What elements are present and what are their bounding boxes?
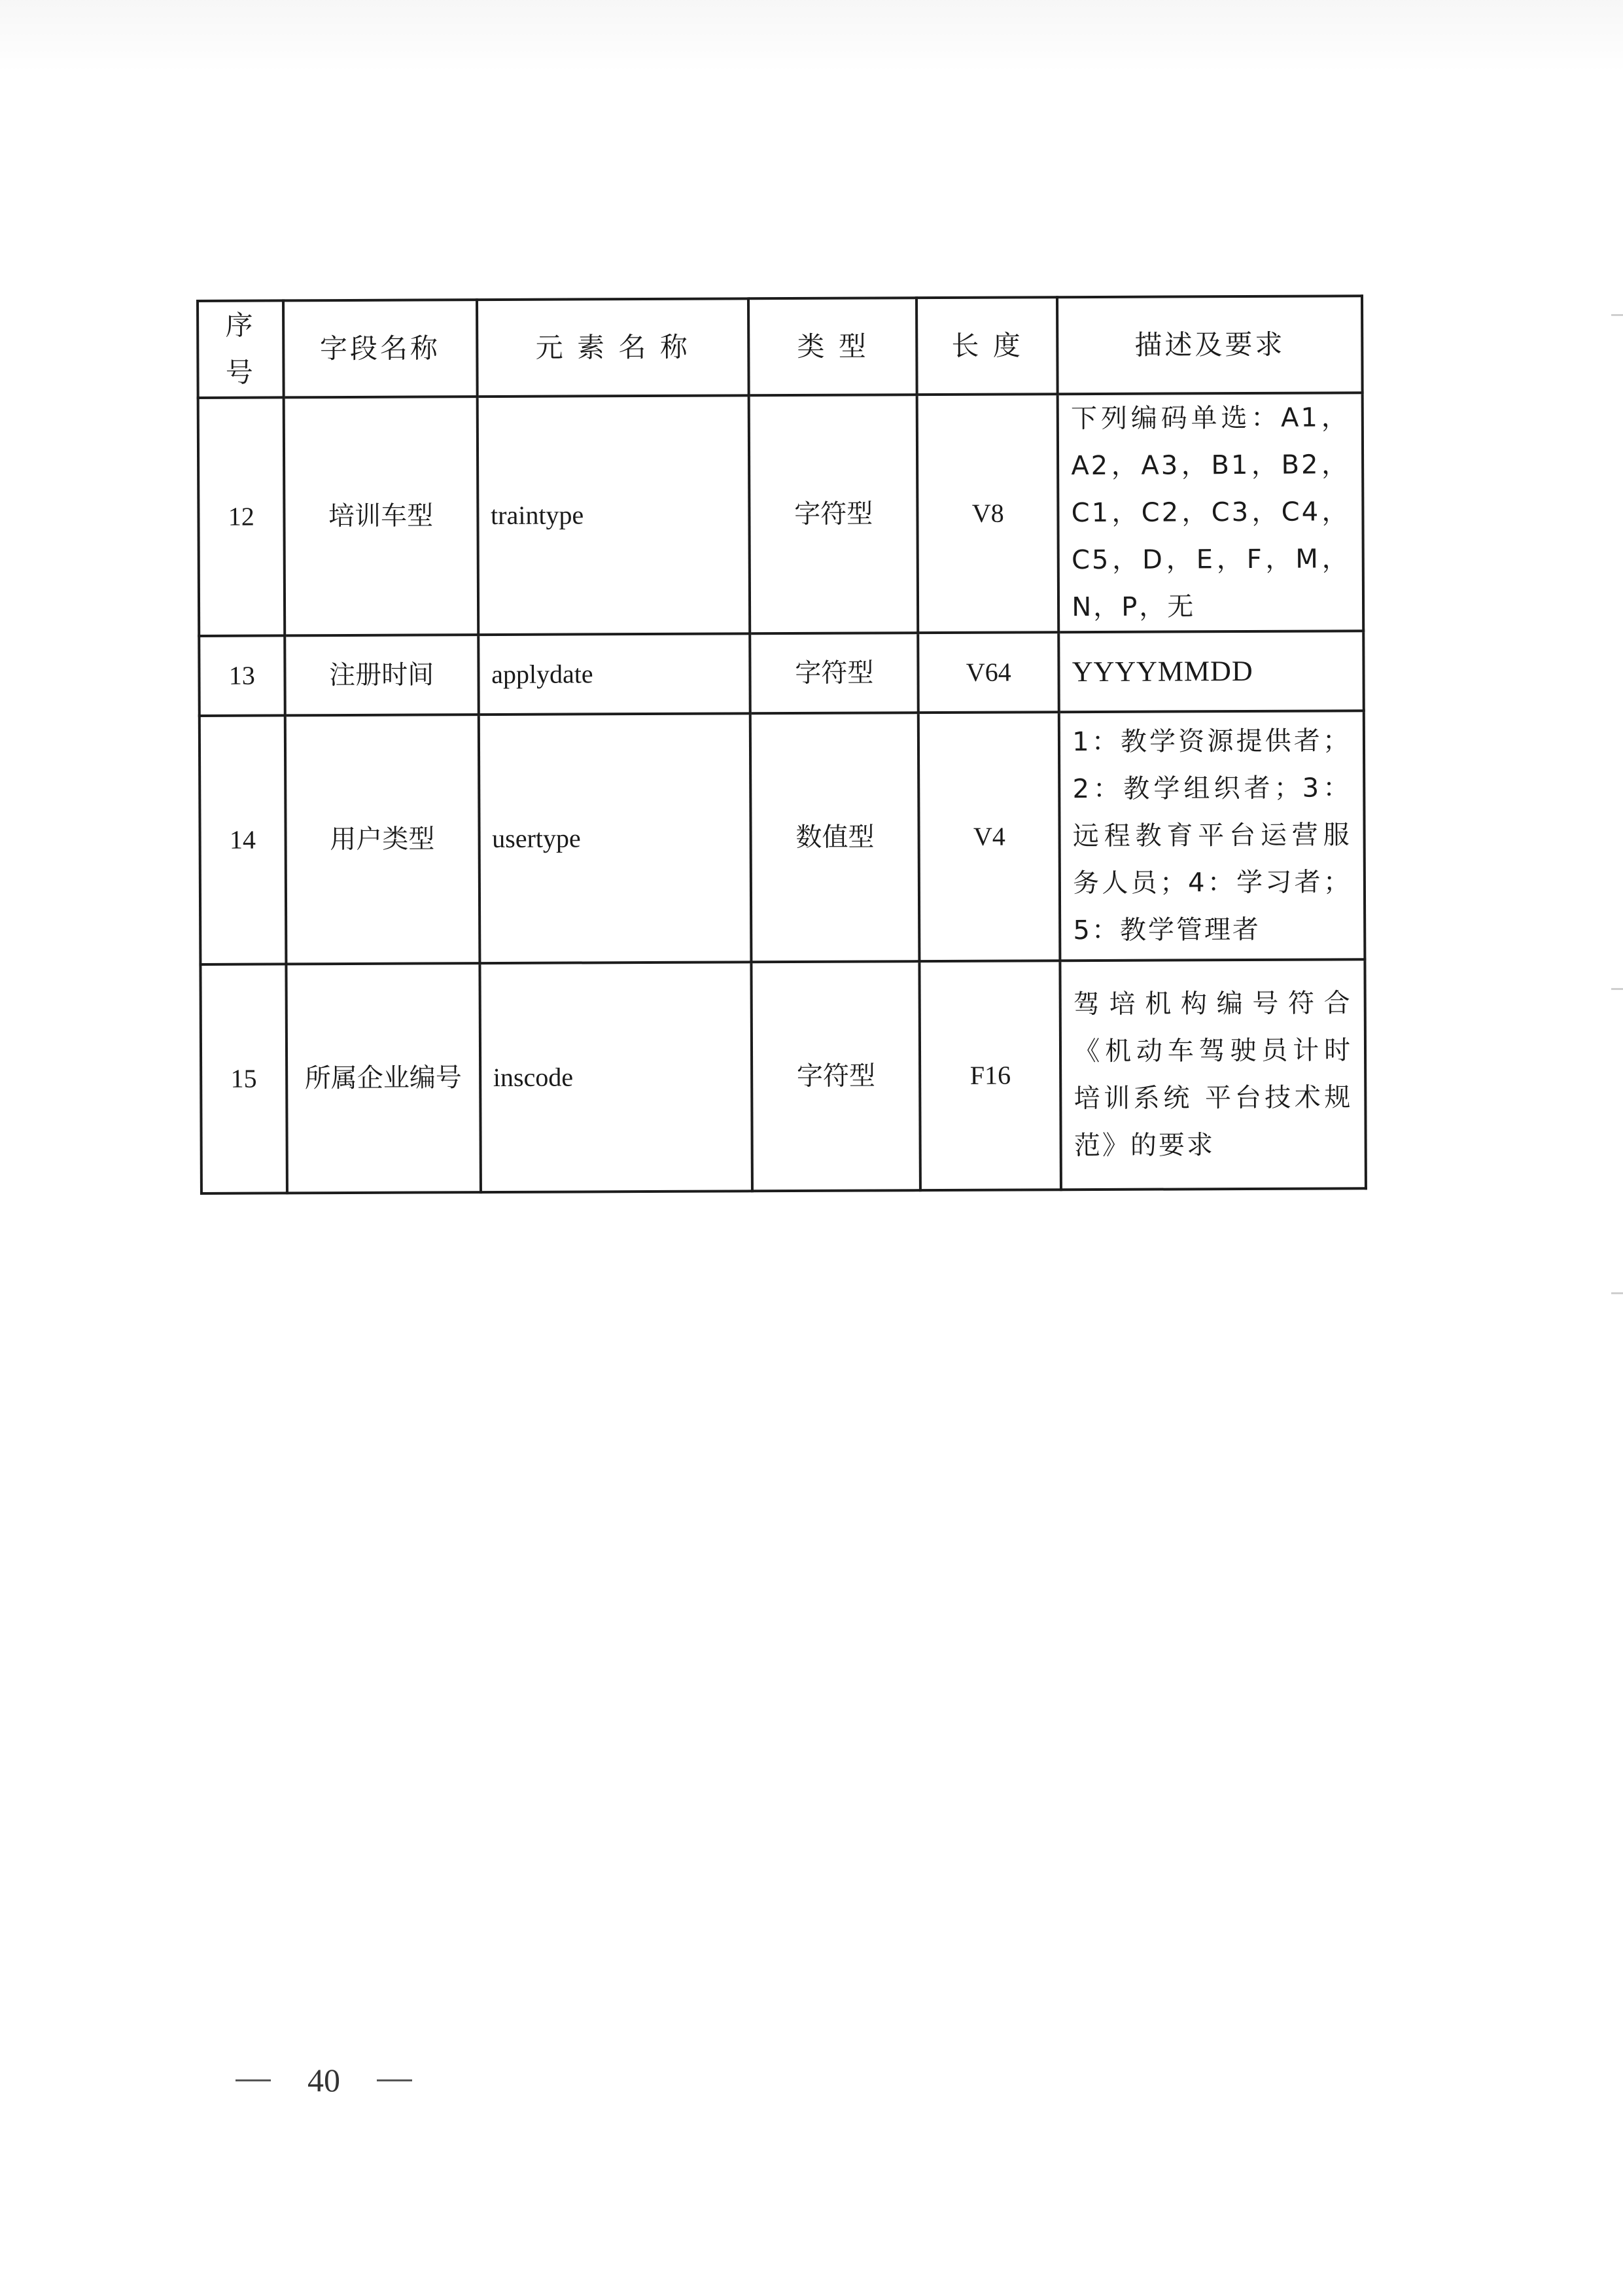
cell-type: 数值型 bbox=[750, 713, 920, 962]
page-number: 40 bbox=[307, 2061, 340, 2099]
scan-edge bbox=[0, 0, 1623, 72]
table-row: 15 所属企业编号 inscode 字符型 F16 驾培机构编号符合《机动车驾驶… bbox=[200, 959, 1366, 1193]
cell-element-name: usertype bbox=[478, 713, 751, 963]
cell-description: 驾培机构编号符合《机动车驾驶员计时培训系统 平台技术规范》的要求 bbox=[1060, 959, 1366, 1190]
data-field-spec-table: 序号 字段名称 元 素 名 称 类 型 长 度 描述及要求 12 培训车型 tr… bbox=[196, 294, 1367, 1195]
cell-field-name: 用户类型 bbox=[285, 715, 480, 964]
page-dash-right bbox=[377, 2079, 412, 2081]
cell-type: 字符型 bbox=[750, 633, 919, 713]
cell-type: 字符型 bbox=[752, 961, 921, 1191]
header-element-name: 元 素 名 称 bbox=[477, 298, 749, 397]
cell-length: F16 bbox=[920, 961, 1061, 1190]
cell-seq: 15 bbox=[200, 964, 287, 1193]
margin-mark bbox=[1611, 314, 1623, 316]
page-number-footer: 40 bbox=[236, 2061, 412, 2099]
cell-seq: 14 bbox=[200, 715, 286, 964]
cell-seq: 13 bbox=[199, 635, 285, 716]
table-header-row: 序号 字段名称 元 素 名 称 类 型 长 度 描述及要求 bbox=[198, 296, 1363, 398]
margin-mark bbox=[1611, 1292, 1623, 1294]
cell-field-name: 所属企业编号 bbox=[286, 963, 480, 1193]
cell-description: 1：教学资源提供者；2：教学组织者；3：远程教育平台运营服务人员；4：学习者；5… bbox=[1059, 711, 1365, 961]
cell-field-name: 培训车型 bbox=[283, 397, 478, 635]
table-row: 12 培训车型 traintype 字符型 V8 下列编码单选：A1，A2，A3… bbox=[198, 393, 1364, 636]
margin-mark bbox=[1611, 988, 1623, 990]
cell-length: V8 bbox=[917, 394, 1059, 633]
header-type: 类 型 bbox=[748, 298, 917, 395]
header-length: 长 度 bbox=[916, 297, 1058, 395]
cell-seq: 12 bbox=[198, 397, 285, 636]
table-row: 13 注册时间 applydate 字符型 V64 YYYYMMDD bbox=[199, 631, 1364, 716]
cell-element-name: applydate bbox=[478, 633, 750, 715]
cell-type: 字符型 bbox=[749, 395, 918, 633]
cell-length: V64 bbox=[918, 632, 1059, 713]
cell-length: V4 bbox=[918, 712, 1060, 961]
cell-field-name: 注册时间 bbox=[285, 635, 478, 715]
cell-description: 下列编码单选：A1，A2，A3，B1，B2，C1，C2，C3，C4，C5，D，E… bbox=[1058, 393, 1363, 632]
page-dash-left bbox=[236, 2079, 271, 2081]
header-description: 描述及要求 bbox=[1057, 296, 1362, 394]
cell-element-name: inscode bbox=[480, 962, 752, 1192]
cell-element-name: traintype bbox=[477, 395, 750, 635]
header-field-name: 字段名称 bbox=[283, 300, 478, 397]
header-seq: 序号 bbox=[198, 300, 283, 398]
cell-description: YYYYMMDD bbox=[1058, 631, 1363, 712]
table-row: 14 用户类型 usertype 数值型 V4 1：教学资源提供者；2：教学组织… bbox=[200, 711, 1365, 964]
